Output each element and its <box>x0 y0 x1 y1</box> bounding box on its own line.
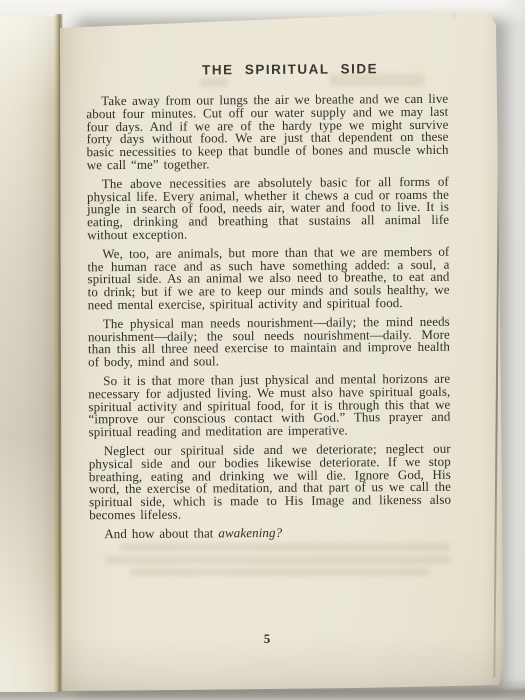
book-photo: THE SPIRITUAL SIDE Take away from our lu… <box>0 0 525 700</box>
book-page: THE SPIRITUAL SIDE Take away from our lu… <box>55 5 507 695</box>
paragraph: So it is that more than just physical an… <box>88 373 450 440</box>
paragraph: We, too, are animals, but more than that… <box>87 245 449 312</box>
emphasized-word: awakening? <box>218 525 282 540</box>
paragraph: Neglect our spiritual side and we deteri… <box>89 443 452 522</box>
showthrough-smudge <box>105 556 450 564</box>
showthrough-smudge <box>130 568 430 576</box>
paragraph: The physical man needs nourishment—daily… <box>88 315 450 369</box>
paragraph: Take away from our lungs the air we brea… <box>86 93 449 172</box>
closing-text: And how about that <box>104 525 218 541</box>
closing-line: And how about that awakening? <box>89 525 451 540</box>
page-title: THE SPIRITUAL SIDE <box>86 61 448 79</box>
paragraph: The above necessities are absolutely bas… <box>87 176 449 243</box>
text-block: THE SPIRITUAL SIDE Take away from our lu… <box>86 61 451 547</box>
paragraphs-container: Take away from our lungs the air we brea… <box>86 93 451 522</box>
page-number: 5 <box>86 631 448 647</box>
left-page-edge <box>0 16 62 692</box>
